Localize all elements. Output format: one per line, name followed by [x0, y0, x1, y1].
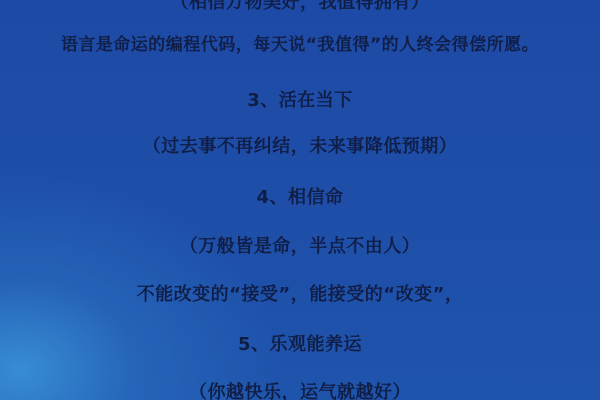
note-past-future: （过去事不再纠结，未来事降低预期） — [0, 132, 600, 158]
text-line-language: 语言是命运的编程代码，每天说“我值得”的人终会得偿所愿。 — [0, 30, 600, 55]
cutoff-top-line: （相信万物美好，我值得拥有） — [0, 0, 600, 14]
text-line-accept-change: 不能改变的“接受”，能接受的“改变”， — [0, 280, 600, 306]
heading-optimism: 5、乐观能养运 — [0, 330, 600, 356]
note-happiness: （你越快乐，运气就越好） — [0, 378, 600, 400]
heading-live-in-present: 3、活在当下 — [0, 86, 600, 112]
heading-believe-fate: 4、相信命 — [0, 183, 600, 209]
note-fate: （万般皆是命，半点不由人） — [0, 232, 600, 258]
